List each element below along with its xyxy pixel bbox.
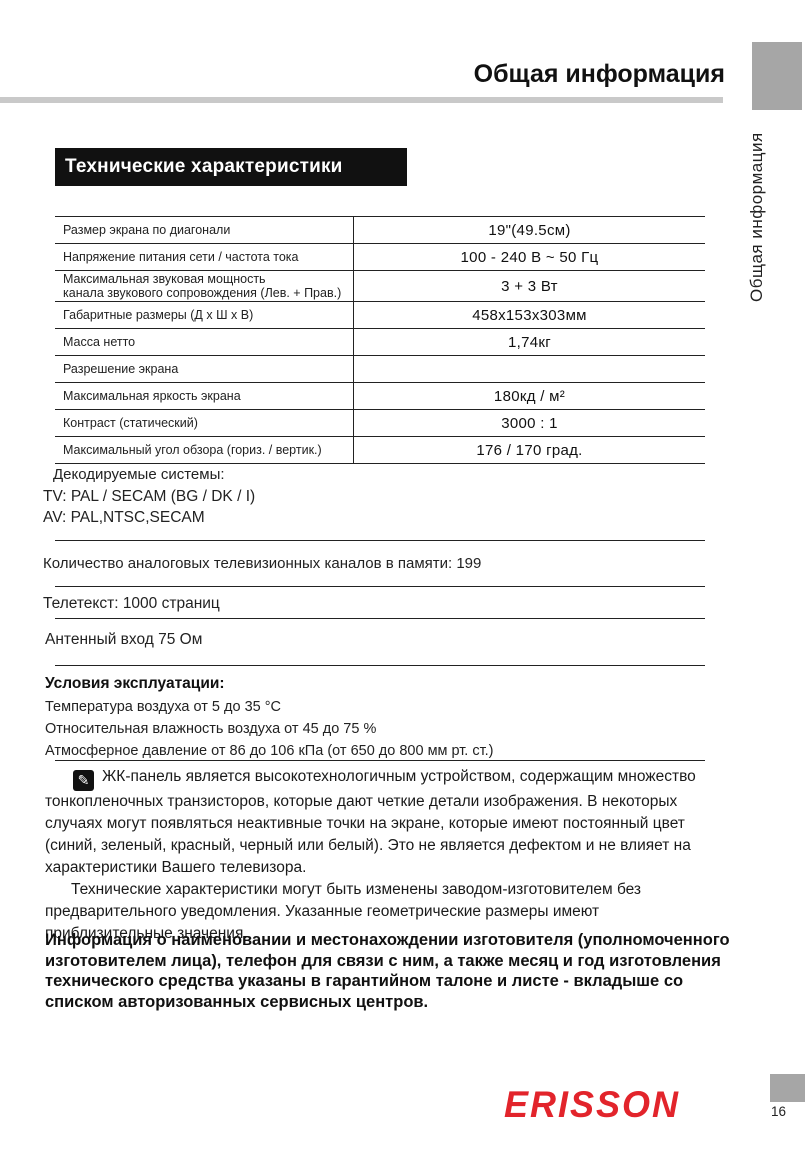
teletext-line: Телетекст: 1000 страниц [43,595,220,613]
spec-value: 1,74кг [354,329,705,355]
spec-value: 100 - 240 В ~ 50 Гц [354,244,705,270]
channels-memory-line: Количество аналоговых телевизионных кана… [43,555,481,572]
antenna-line: Антенный вход 75 Ом [45,631,202,649]
section-header-label: Технические характеристики [55,156,343,178]
section-divider [55,760,705,761]
spec-label: Максимальный угол обзора (гориз. / верти… [55,437,354,463]
spec-label: Габаритные размеры (Д х Ш х В) [55,302,354,328]
decoding-tv-line: TV: PAL / SECAM (BG / DK / I) [43,488,255,506]
spec-value: 19"(49.5см) [354,217,705,243]
page-tab-marker [770,1074,805,1102]
section-divider [55,586,705,587]
note-text-1: ЖК-панель является высокотехнологичным у… [45,768,696,876]
manufacturer-info-paragraph: Информация о наименовании и местонахожде… [45,930,737,1012]
spec-label: Напряжение питания сети / частота тока [55,244,354,270]
spec-value: 180кд / м² [354,383,705,409]
section-divider [55,665,705,666]
spec-value [354,356,705,382]
operating-conditions-title: Условия эксплуатации: [45,675,225,693]
chapter-side-label: Общая информация [747,112,771,302]
spec-label: Масса нетто [55,329,354,355]
table-row: Напряжение питания сети / частота тока 1… [55,243,705,270]
section-divider [55,540,705,541]
table-row: Максимальный угол обзора (гориз. / верти… [55,436,705,463]
brand-logo: ERISSON [504,1084,680,1127]
lcd-panel-note: ✎ЖК-панель является высокотехнологичным … [45,766,722,945]
pressure-line: Атмосферное давление от 86 до 106 кПа (о… [45,743,494,759]
spec-label: Контраст (статический) [55,410,354,436]
table-row: Максимальная звуковая мощность канала зв… [55,270,705,301]
manual-page: Общая информация Общая информация Технич… [0,0,805,1162]
temperature-line: Температура воздуха от 5 до 35 °С [45,699,281,715]
spec-table: Размер экрана по диагонали 19"(49.5см) Н… [55,216,705,464]
table-row: Габаритные размеры (Д х Ш х В) 458x153x3… [55,301,705,328]
spec-value: 3 + 3 Вт [354,271,705,301]
note-paragraph-1: ✎ЖК-панель является высокотехнологичным … [45,766,722,879]
pencil-note-icon: ✎ [73,770,94,791]
spec-label: Максимальная яркость экрана [55,383,354,409]
spec-value: 458x153x303мм [354,302,705,328]
section-divider [55,618,705,619]
humidity-line: Относительная влажность воздуха от 45 до… [45,721,376,737]
section-header-specs: Технические характеристики [55,148,407,186]
page-number: 16 [771,1104,786,1119]
chapter-tab-marker [752,42,802,110]
table-row: Контраст (статический) 3000 : 1 [55,409,705,436]
spec-value: 3000 : 1 [354,410,705,436]
spec-label: Максимальная звуковая мощность канала зв… [55,271,354,301]
decoding-av-line: AV: PAL,NTSC,SECAM [43,509,205,527]
spec-label: Разрешение экрана [55,356,354,382]
table-row: Разрешение экрана [55,355,705,382]
table-row: Размер экрана по диагонали 19"(49.5см) [55,216,705,243]
decoding-systems-title: Декодируемые системы: [53,466,225,483]
spec-label: Размер экрана по диагонали [55,217,354,243]
page-title: Общая информация [474,60,725,89]
header-divider [0,97,723,103]
spec-value: 176 / 170 град. [354,437,705,463]
table-row: Масса нетто 1,74кг [55,328,705,355]
table-row: Максимальная яркость экрана 180кд / м² [55,382,705,409]
